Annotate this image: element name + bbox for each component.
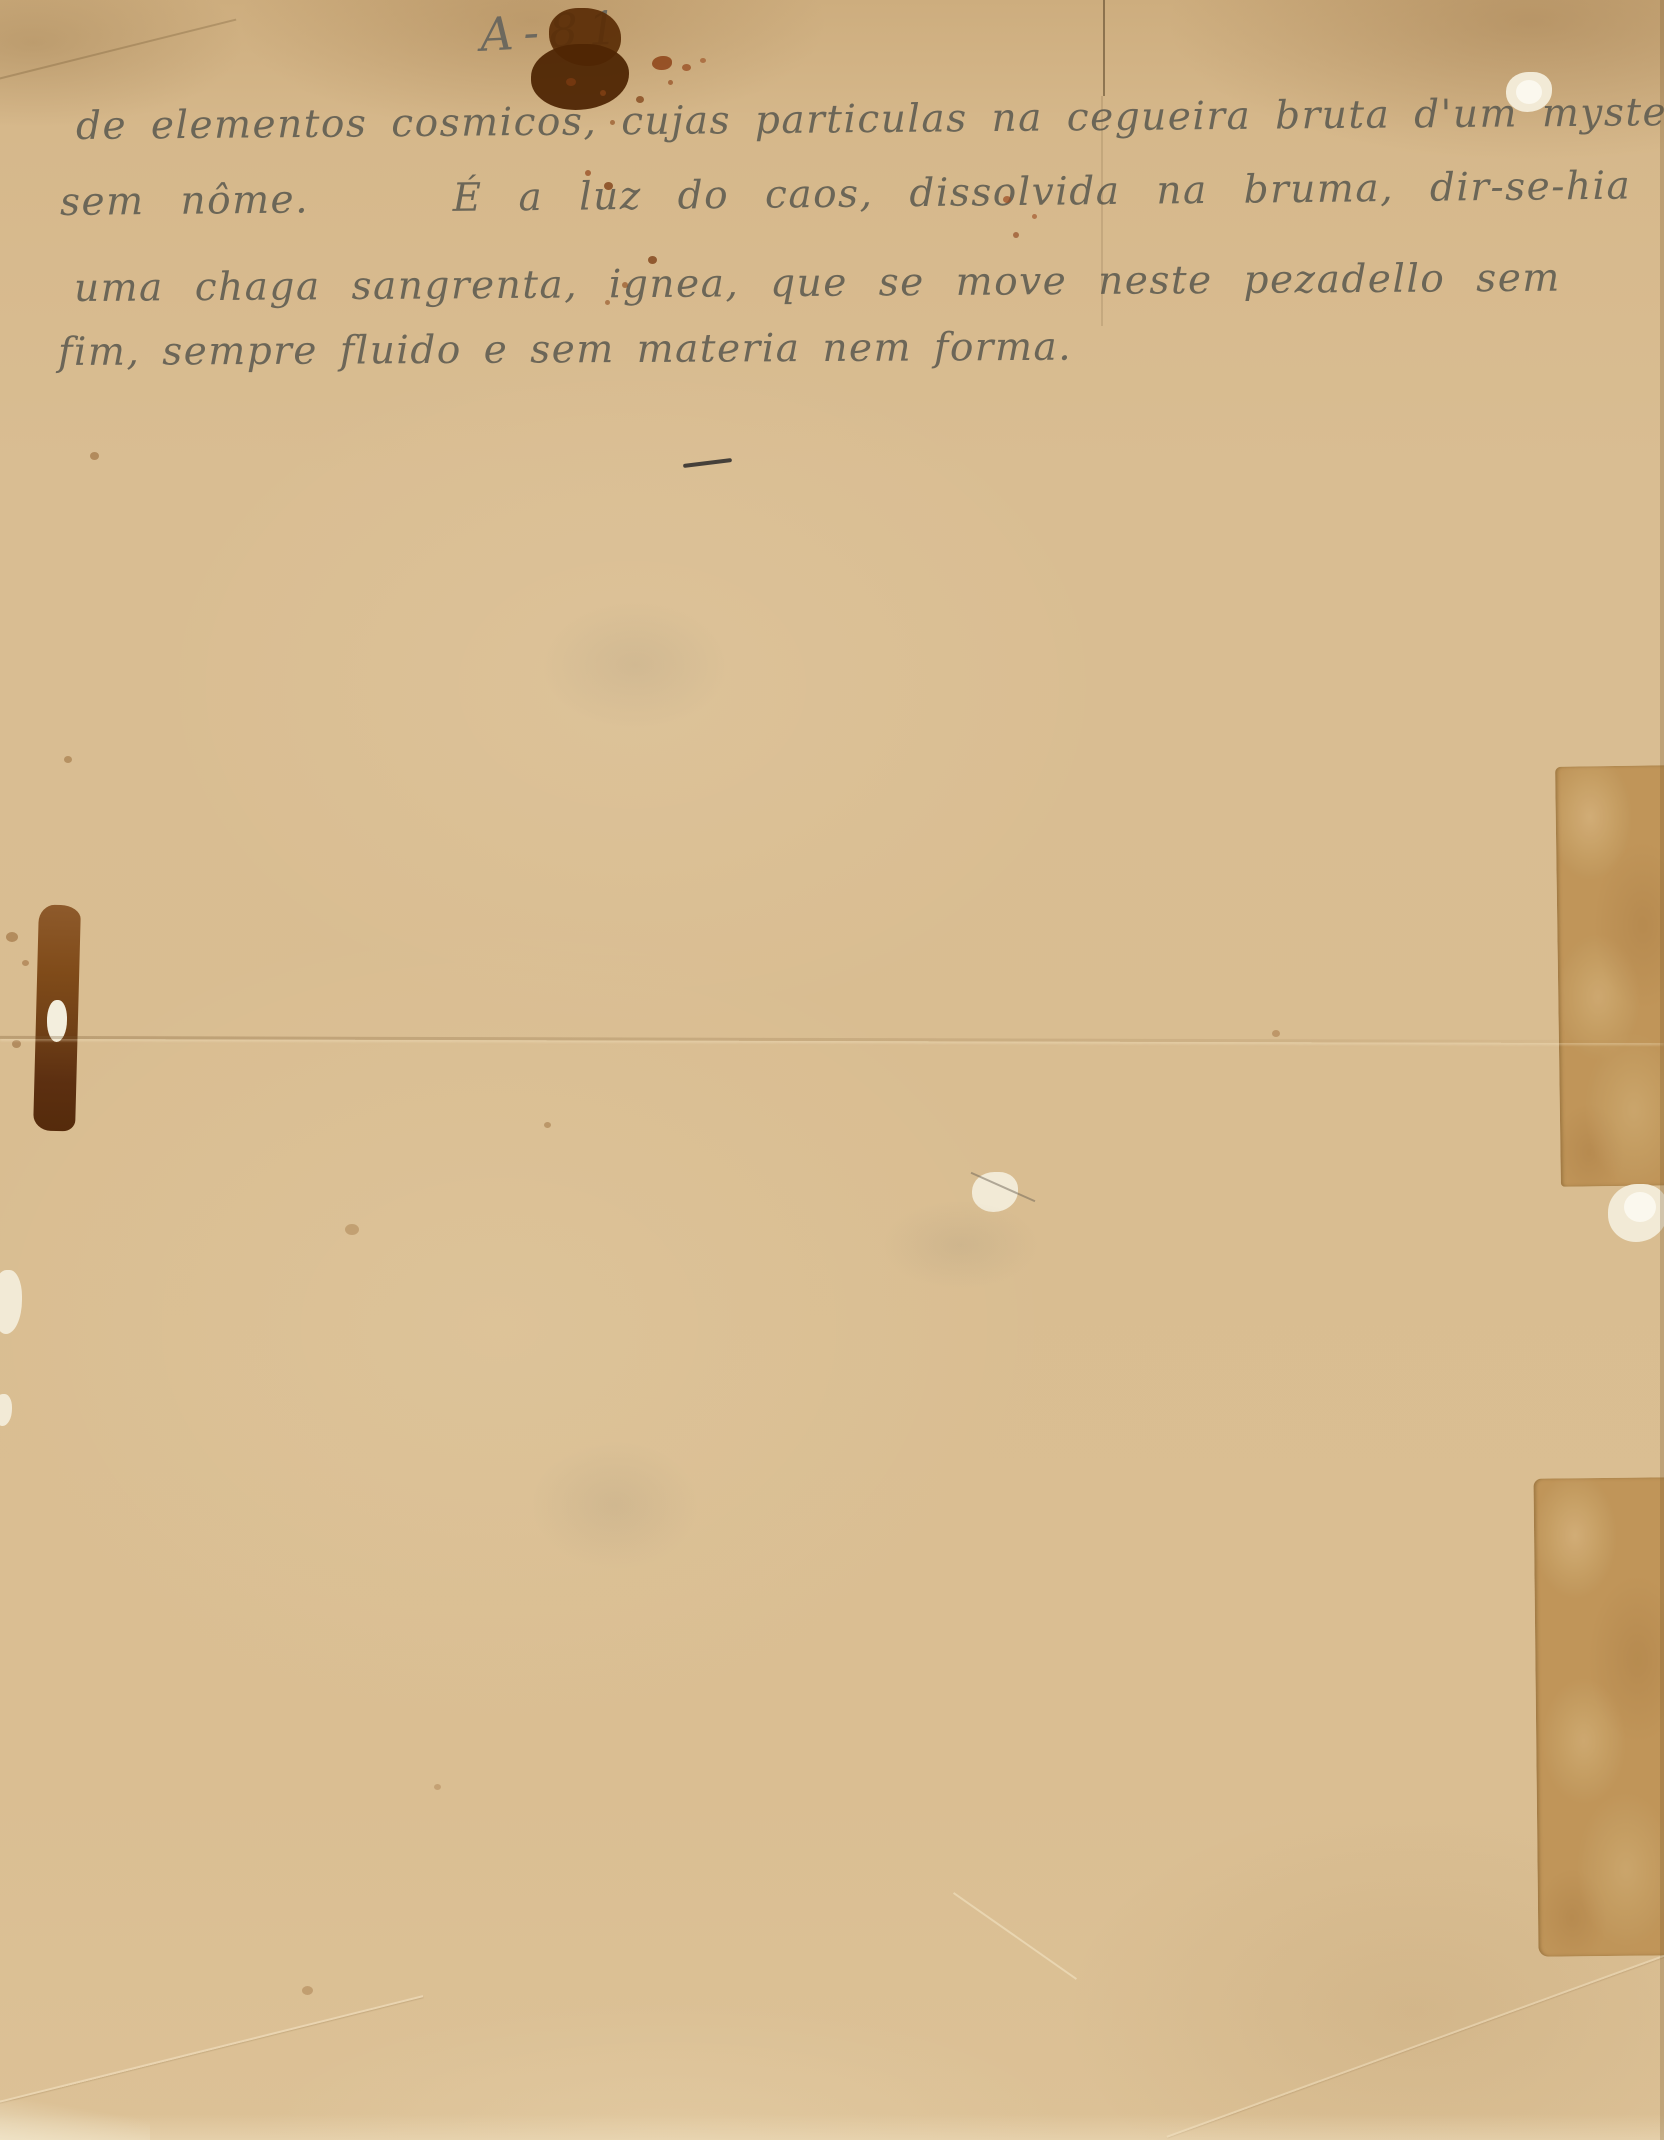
ink-splatter (668, 80, 673, 85)
stain-speckle (648, 256, 657, 264)
stain-speckle (6, 932, 18, 942)
bottom-edge-highlight (0, 2114, 1664, 2140)
stain-speckle (345, 1224, 359, 1235)
stain-speckle (622, 282, 628, 288)
stain-speckle (605, 300, 610, 305)
stain-speckle (585, 170, 591, 176)
ink-splatter (652, 56, 672, 70)
manuscript-page: A-81 de elementos cosmicos, cujas partic… (0, 0, 1664, 2140)
stain-speckle (600, 90, 606, 96)
paper-damage-spot (1516, 80, 1542, 104)
stain-speckle (610, 120, 615, 125)
horizontal-fold-crease (0, 1036, 1664, 1043)
paper-damage-spot (0, 1270, 22, 1334)
stain-speckle (1032, 214, 1037, 219)
show-through-smudge (880, 1200, 1040, 1290)
diagonal-crease (953, 1892, 1077, 1980)
right-edge-shadow (1660, 0, 1664, 2140)
stain-speckle (1013, 232, 1019, 238)
stain-speckle (434, 1784, 441, 1790)
handwritten-line-4: fim, sempre fluido e sem materia nem for… (58, 325, 1072, 375)
diagonal-crease (0, 1995, 423, 2111)
stain-speckle (566, 78, 576, 86)
tape-strip-upper (1555, 765, 1664, 1187)
vertical-crease (1103, 0, 1105, 96)
stain-speckle (544, 1122, 551, 1128)
end-dash-mark (683, 458, 732, 468)
ink-splatter (700, 58, 706, 63)
stain-speckle (1272, 1030, 1280, 1037)
vertical-crease (1101, 96, 1103, 326)
handwritten-line-1: de elementos cosmicos, cujas particulas … (76, 90, 1664, 149)
handwritten-line-3: uma chaga sangrenta, ignea, que se move … (74, 256, 1561, 311)
paper-damage-spot (1624, 1192, 1656, 1222)
stain-speckle (302, 1986, 313, 1995)
stain-speckle (1003, 196, 1011, 203)
ink-splatter (682, 64, 691, 71)
show-through-smudge (540, 600, 730, 730)
stain-speckle (90, 452, 99, 460)
stain-speckle (64, 756, 72, 763)
stain-speckle (604, 182, 613, 190)
stain-speckle (12, 1040, 21, 1048)
stain-speckle (22, 960, 29, 966)
handwritten-line-2: sem nôme. É a luz do caos, dissolvida na… (60, 164, 1632, 225)
tape-strip-lower (1534, 1477, 1664, 1956)
show-through-smudge (530, 1440, 700, 1570)
stain-speckle (636, 96, 644, 103)
diagonal-crease (1167, 1944, 1664, 2137)
diagonal-crease (0, 19, 236, 84)
paper-damage-spot (0, 1394, 12, 1426)
